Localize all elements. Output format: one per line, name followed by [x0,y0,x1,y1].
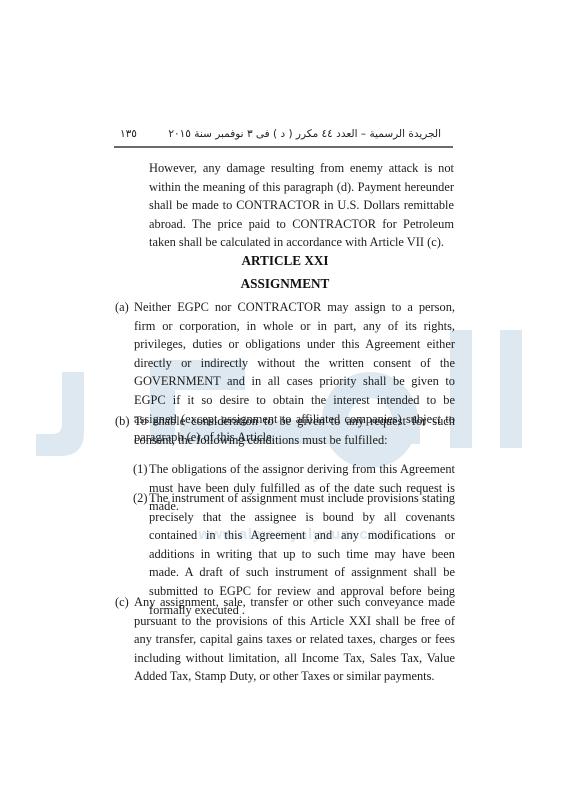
page-content: ١٣٥ الجريدة الرسمية – العدد ٤٤ مكرر ( د … [0,0,566,800]
running-header: ١٣٥ الجريدة الرسمية – العدد ٤٤ مكرر ( د … [114,128,453,144]
clause-text: To enable consideration to be given to a… [134,412,455,449]
clause-label: (a) [115,298,129,317]
clause-label: (c) [115,593,129,612]
clause-label: (b) [115,412,129,431]
subclause-label: (2) [133,489,147,508]
page-number: ١٣٥ [120,128,137,140]
article-number: ARTICLE XXI [100,253,470,269]
gazette-title: الجريدة الرسمية – العدد ٤٤ مكرر ( د ) فى… [168,128,441,140]
subclause-label: (1) [133,460,147,479]
clause-text: Any assignment, sale, transfer or other … [134,593,455,686]
article-title: ASSIGNMENT [100,276,470,292]
intro-paragraph: However, any damage resulting from enemy… [149,159,454,252]
document-page: www.almasryalyoum.com ١٣٥ الجريدة الرسمي… [0,0,566,800]
header-divider [114,146,453,148]
